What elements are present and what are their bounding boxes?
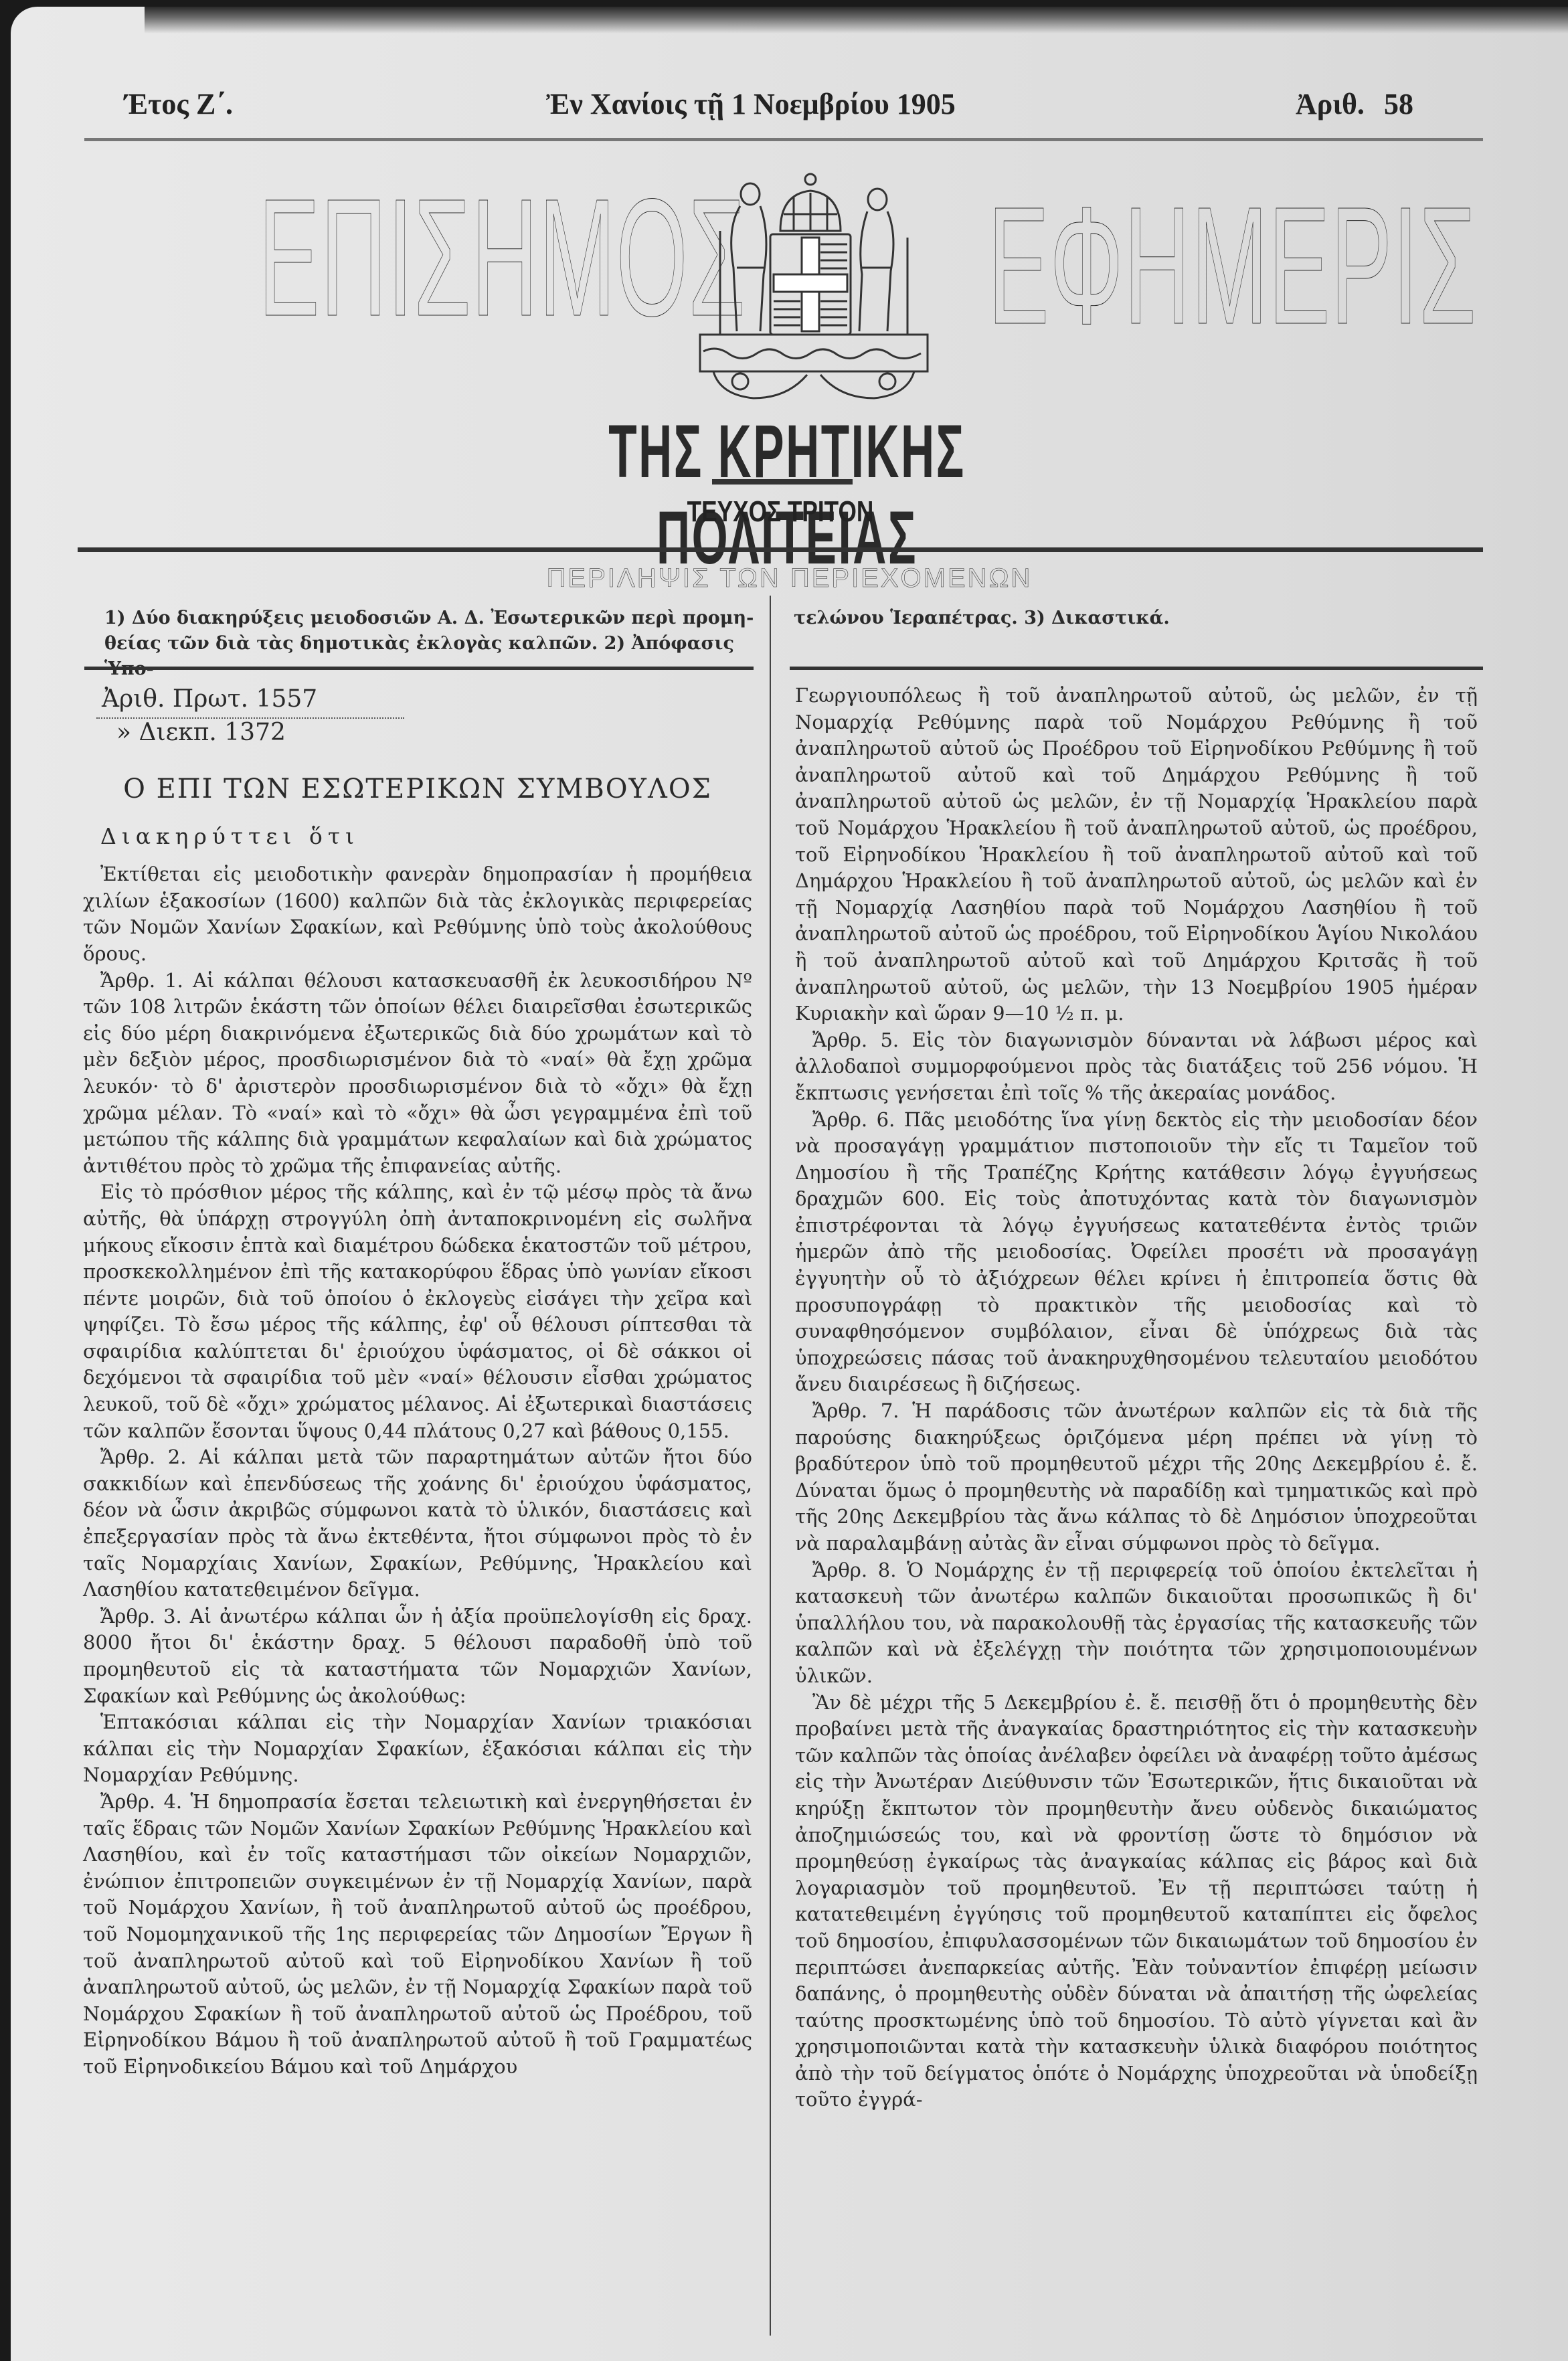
coat-of-arms-icon: [687, 167, 941, 422]
article-2: Ἄρθρ. 2. Αἱ κάλπαι μετὰ τῶν παραρτημάτων…: [83, 1444, 752, 1603]
masthead-bottom-rule: [78, 547, 1483, 552]
proclaims-label: Διακηρύττει ὅτι: [100, 823, 752, 850]
gazette-page: Έτος Ζ΄. Ἐν Χανίοις τῇ 1 Νοεμβρίου 1905 …: [11, 7, 1568, 2361]
reference-dotted-rule: [96, 717, 404, 719]
dateline: Ἐν Χανίοις τῇ 1 Νοεμβρίου 1905: [546, 87, 956, 124]
title-right: ΕΦΗΜΕΡΙΣ: [988, 182, 1477, 349]
contents-heading: ΠΕΡΙΛΗΨΙΣ ΤΩΝ ΠΕΡΙΕΧΟΜΕΝΩΝ: [11, 563, 1568, 594]
number-value: 58: [1384, 88, 1413, 120]
article-6: Ἄρθρ. 6. Πᾶς μειοδότης ἵνα γίνῃ δεκτὸς ε…: [795, 1107, 1478, 1399]
contents-line: 1) Δύο διακηρύξεις μειοδοσιῶν Α. Δ. Ἐσωτ…: [104, 606, 767, 631]
issue-number: Ἀριθ. 58: [1296, 87, 1413, 124]
dispatch-number: » Διεκπ. 1372: [116, 716, 752, 750]
contents-left: 1) Δύο διακηρύξεις μειοδοσιῶν Α. Δ. Ἐσωτ…: [104, 606, 767, 682]
paragraph: Γεωργιουπόλεως ἢ τοῦ ἀναπληρωτοῦ αὐτοῦ, …: [795, 683, 1478, 1027]
contents-rule-left: [84, 667, 754, 670]
paragraph: Εἰς τὸ πρόσθιον μέρος τῆς κάλπης, καὶ ἐν…: [83, 1179, 752, 1444]
number-label: Ἀριθ.: [1296, 88, 1365, 120]
header-rule: [84, 138, 1483, 141]
column-divider: [770, 596, 771, 2336]
issue-label: ΤΕΥΧΟΣ ΤΡΙΤΟΝ: [646, 495, 914, 529]
article-3: Ἄρθρ. 3. Αἱ ἀνωτέρω κάλπαι ὧν ἡ ἀξία προ…: [83, 1603, 752, 1709]
title-left: ΕΠΙΣΗΜΟΣ: [258, 174, 746, 341]
contents-line: τελώνου Ἱεραπέτρας. 3) Δικαστικά.: [794, 606, 1483, 631]
article-7: Ἄρθρ. 7. Ἡ παράδοσις τῶν ἀνωτέρων καλπῶν…: [795, 1398, 1478, 1557]
paragraph: Ἐκτίθεται εἰς μειοδοτικὴν φανερὰν δημοπρ…: [83, 861, 752, 967]
article-8: Ἄρθρ. 8. Ὁ Νομάρχης ἐν τῇ περιφερείᾳ τοῦ…: [795, 1557, 1478, 1690]
masthead-subtitle: ΤΗΣ ΚΡΗΤΙΚΗΣ ΠΟΛΙΤΕΙΑΣ: [521, 408, 1053, 581]
decree-heading: Ο ΕΠΙ ΤΩΝ ΕΣΩΤΕΡΙΚΩΝ ΣΥΜΒΟΥΛΟΣ: [83, 776, 752, 803]
protocol-number: Ἀριθ. Πρωτ. 1557: [102, 683, 752, 716]
left-column: Ἀριθ. Πρωτ. 1557 » Διεκπ. 1372 Ο ΕΠΙ ΤΩΝ…: [83, 683, 752, 2081]
contents-rule-right: [790, 667, 1483, 670]
contents-right: τελώνου Ἱεραπέτρας. 3) Δικαστικά.: [794, 606, 1483, 631]
paragraph: Ἂν δὲ μέχρι τῆς 5 Δεκεμβρίου ἐ. ἔ. πεισθ…: [795, 1690, 1478, 2114]
right-column: Γεωργιουπόλεως ἢ τοῦ ἀναπληρωτοῦ αὐτοῦ, …: [795, 683, 1478, 2113]
paragraph: Ἑπτακόσιαι κάλπαι εἰς τὴν Νομαρχίαν Χανί…: [83, 1709, 752, 1789]
contents-line: θείας τῶν διὰ τὰς δημοτικὰς ἐκλογὰς καλπ…: [104, 631, 767, 682]
scan-edge-shadow: [145, 7, 1568, 33]
article-1: Ἄρθρ. 1. Αἱ κάλπαι θέλουσι κατασκευασθῆ …: [83, 968, 752, 1180]
article-5: Ἄρθρ. 5. Εἰς τὸν διαγωνισμὸν δύνανται νὰ…: [795, 1027, 1478, 1107]
subtitle-rule: [712, 479, 853, 485]
article-4: Ἄρθρ. 4. Ἡ δημοπρασία ἔσεται τελειωτικὴ …: [83, 1789, 752, 2081]
year-label: Έτος Ζ΄.: [124, 87, 233, 124]
